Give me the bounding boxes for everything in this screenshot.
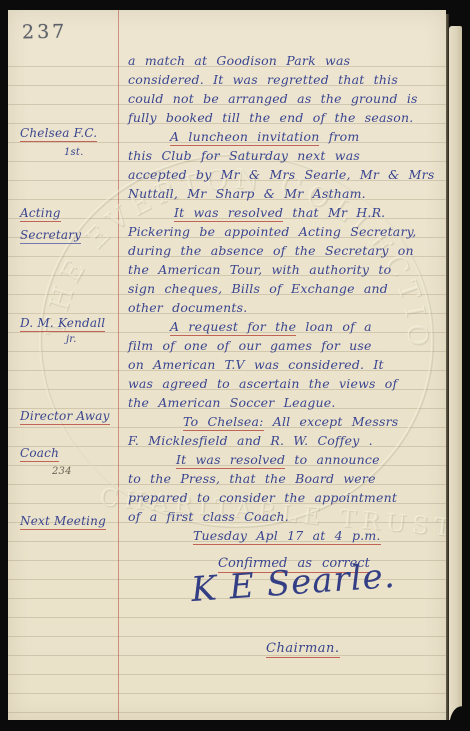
body-line: It was resolved that Mr H.R.	[128, 203, 448, 222]
body-line: the American Soccer League.	[128, 393, 448, 412]
body-line: the American Tour, with authority to	[128, 260, 448, 279]
red-underlined-phrase: It was resolved	[176, 452, 285, 469]
body-line: Tuesday Apl 17 at 4 p.m.	[128, 526, 448, 545]
chairman-label: Chairman.	[266, 641, 340, 656]
margin-note-chelsea-fc: Chelsea F.C. 1st.	[20, 126, 124, 160]
margin-note-acting-secretary: Acting Secretary	[20, 206, 124, 243]
body-line: F. Micklesfield and R. W. Coffey .	[128, 431, 448, 450]
margin-note-sub: 1st.	[64, 145, 124, 160]
body-line: Pickering be appointed Acting Secretary,	[128, 222, 448, 241]
underlying-page-edge	[449, 26, 462, 720]
body-line: sign cheques, Bills of Exchange and	[128, 279, 448, 298]
body-line: this Club for Saturday next was	[128, 146, 448, 165]
margin-note-director-away: Director Away	[20, 409, 124, 424]
red-underlined-phrase: Tuesday Apl 17 at 4 p.m.	[193, 528, 381, 545]
margin-note-label: D. M. Kendall	[20, 316, 105, 332]
margin-note-label: Coach	[20, 446, 59, 462]
chairman-text: Chairman.	[266, 641, 340, 658]
red-underlined-phrase: To Chelsea:	[183, 414, 264, 431]
body-line: was agreed to ascertain the views of	[128, 374, 448, 393]
body-line: A luncheon invitation from	[128, 127, 448, 146]
body-line: fully booked till the end of the season.	[128, 108, 448, 127]
margin-note-label: Acting	[20, 206, 61, 222]
body-line: could not be arranged as the ground is	[128, 89, 448, 108]
margin-note-label: Chelsea F.C.	[20, 126, 97, 142]
body-line: To Chelsea: All except Messrs	[128, 412, 448, 431]
margin-note-kendall: D. M. Kendall jr.	[20, 316, 124, 347]
margin-note-coach: Coach 234	[20, 446, 124, 479]
margin-note-label: Next Meeting	[20, 514, 106, 530]
red-underlined-phrase: It was resolved	[174, 205, 283, 222]
margin-note-label: Director Away	[20, 409, 110, 425]
body-line: It was resolved to announce	[128, 450, 448, 469]
margin-note-next-meeting: Next Meeting	[20, 514, 124, 529]
page-number-stamp: 237	[22, 21, 68, 44]
margin-note-sub: Secretary	[20, 228, 81, 244]
red-underlined-phrase: A request for the	[170, 319, 296, 336]
body-line: accepted by Mr & Mrs Searle, Mr & Mrs	[128, 165, 448, 184]
margin-note-sub: jr.	[66, 332, 124, 347]
body-line: Nuttall, Mr Sharp & Mr Astham.	[128, 184, 448, 203]
body-line: a match at Goodison Park was	[128, 51, 448, 70]
body-line: other documents.	[128, 298, 448, 317]
body-line: film of one of our games for use	[128, 336, 448, 355]
margin-note-sub: 234	[52, 464, 124, 479]
red-underlined-phrase: A luncheon invitation	[170, 129, 319, 146]
scanned-minute-book-photo: { "page": { "number": "237" }, "watermar…	[0, 0, 470, 731]
body-line: considered. It was regretted that this	[128, 70, 448, 89]
body-line: of a first class Coach.	[128, 507, 448, 526]
minutes-body-text: a match at Goodison Park wasconsidered. …	[128, 51, 448, 545]
body-line: to the Press, that the Board were	[128, 469, 448, 488]
minute-book-page: THE EVERTON COLLECTION THE EVERTON COLLE…	[8, 10, 446, 720]
body-line: prepared to consider the appointment	[128, 488, 448, 507]
body-line: during the absence of the Secretary on	[128, 241, 448, 260]
body-line: on American T.V was considered. It	[128, 355, 448, 374]
red-margin-rule-line	[118, 10, 119, 720]
body-line: A request for the loan of a	[128, 317, 448, 336]
